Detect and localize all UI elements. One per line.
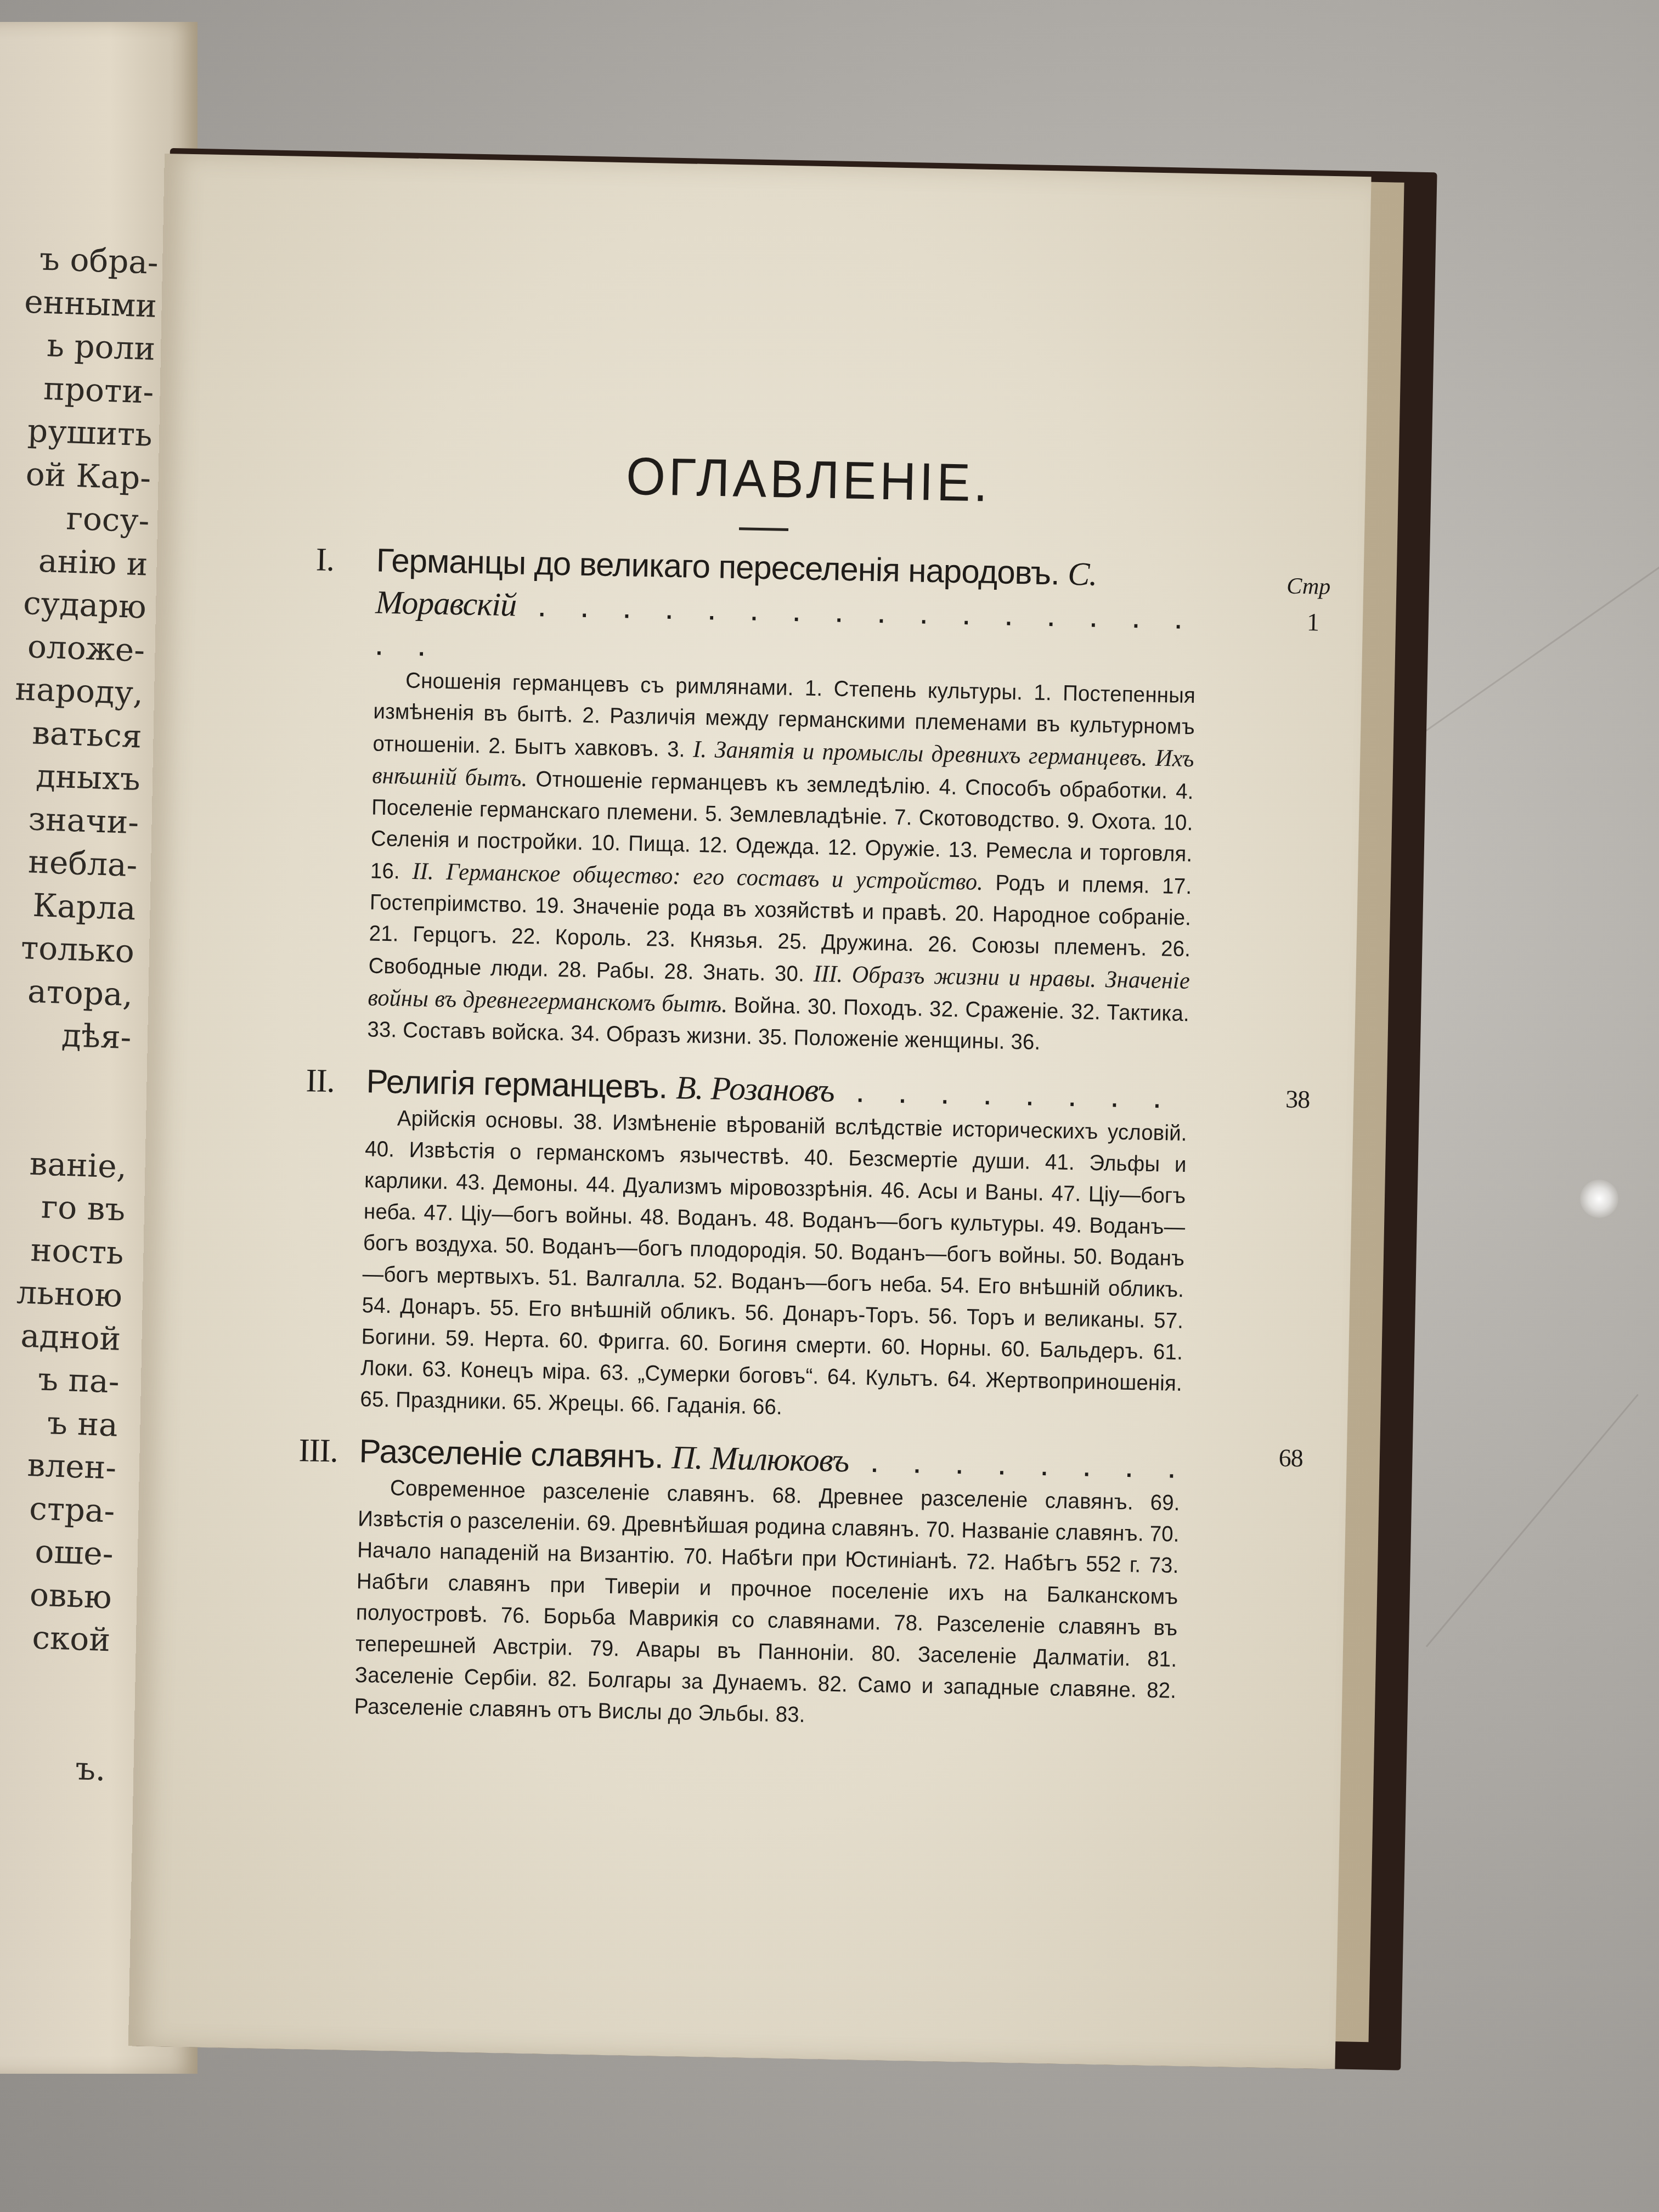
chapter-title-text: Германцы до великаго переселенія народов… [376,542,1068,592]
title-rule [739,527,788,531]
left-page-line: ъ па- [0,1354,120,1403]
left-page-line [0,1699,108,1748]
chapter-title-text: Религія германцевъ. [366,1063,676,1105]
toc-entry-heading: I.Германцы до великаго переселенія народ… [314,538,1320,682]
page-title: ОГЛАВЛЕНІЕ. [295,440,1322,520]
left-page-line: Карла [0,881,137,930]
left-page-line: анію и [0,537,149,586]
left-page-line: дѣя- [0,1010,132,1059]
section-heading-italic: II. Германское общество: его составъ и у… [412,857,983,895]
subtopic-text: Арійскія основы. 38. Измѣненіе вѣрованій… [360,1106,1187,1419]
chapter-numeral: III. [298,1429,359,1472]
left-page-line: дныхъ [0,752,141,801]
left-page-line [0,1053,131,1102]
left-page-text: ъ обра-еннымиь ролипроти-рушитьой Кар-го… [0,235,159,1791]
left-page-line [0,1655,110,1705]
chapter-title-text: Разселеніе славянъ. [359,1432,672,1475]
left-page-line: только [0,924,135,973]
left-page-line: ъ на [0,1397,119,1447]
left-page-line: льною [0,1268,123,1317]
chapter-subtopics: Сношенія германцевъ съ римлянами. 1. Сте… [367,665,1280,1063]
left-page-line: сударю [0,579,147,629]
left-page-line: небла- [0,838,138,887]
left-page-line: адной [0,1311,122,1361]
background-marble-vein [1426,1394,1639,1647]
left-page-line: ой Кар- [0,450,151,500]
left-page-line: ь роли [0,321,156,370]
left-page-line: госу- [0,493,150,543]
light-glare [1580,1180,1618,1218]
chapter-numeral: II. [306,1059,366,1102]
chapter-author: П. Милюковъ [672,1439,849,1479]
leader-dots: . . . . . . . . [834,1072,1174,1115]
left-page-line: ваться [0,708,143,758]
chapter-title: Германцы до великаго переселенія народов… [374,540,1320,683]
left-page-line: оложе- [0,623,145,672]
chapter-page-number: 68 [1278,1437,1303,1479]
toc-entries: I.Германцы до великаго переселенія народ… [294,538,1320,1740]
left-page-line: ность [0,1225,125,1274]
right-page: ОГЛАВЛЕНІЕ. Стр I.Германцы до великаго п… [128,154,1372,2069]
leader-dots: . . . . . . . . [849,1442,1189,1485]
chapter-subtopics: Арійскія основы. 38. Измѣненіе вѣрованій… [360,1102,1272,1432]
left-page-line: рушить [0,407,153,456]
left-page-line: стра- [0,1483,116,1533]
chapter-numeral: I. [315,538,376,581]
left-page-line: ваніе, [0,1139,127,1188]
left-page-line: го въ [0,1182,126,1231]
left-page-line: значи- [0,794,139,844]
left-page-line: атора, [0,967,133,1016]
left-page-line: влен- [0,1440,117,1489]
left-page-line: проти- [0,364,155,414]
left-page-line [0,1096,129,1145]
toc-entry: III.Разселеніе славянъ. П. Милюковъ . . … [294,1429,1303,1740]
chapter-author: В. Розановъ [675,1069,834,1109]
left-page-line: ъ обра- [0,235,159,284]
chapter-subtopics: Современное разселеніе славянъ. 68. Древ… [354,1472,1265,1740]
left-page-line: народу, [0,665,144,715]
subtopic-text: Современное разселеніе славянъ. 68. Древ… [354,1476,1180,1727]
left-page-line: ъ. [0,1741,106,1791]
chapter-page-number: 1 [1306,601,1319,643]
left-page-line: енными [0,278,157,328]
left-page-line: овью [0,1570,112,1619]
toc-entry: I.Германцы до великаго переселенія народ… [307,538,1320,1063]
left-page-line: ской [0,1612,111,1662]
chapter-page-number: 38 [1285,1079,1310,1121]
table-of-contents: ОГЛАВЛЕНІЕ. Стр I.Германцы до великаго п… [294,442,1322,1756]
left-page-line: оше- [0,1526,114,1576]
toc-entry: II.Религія германцевъ. В. Розановъ . . .… [300,1059,1310,1433]
